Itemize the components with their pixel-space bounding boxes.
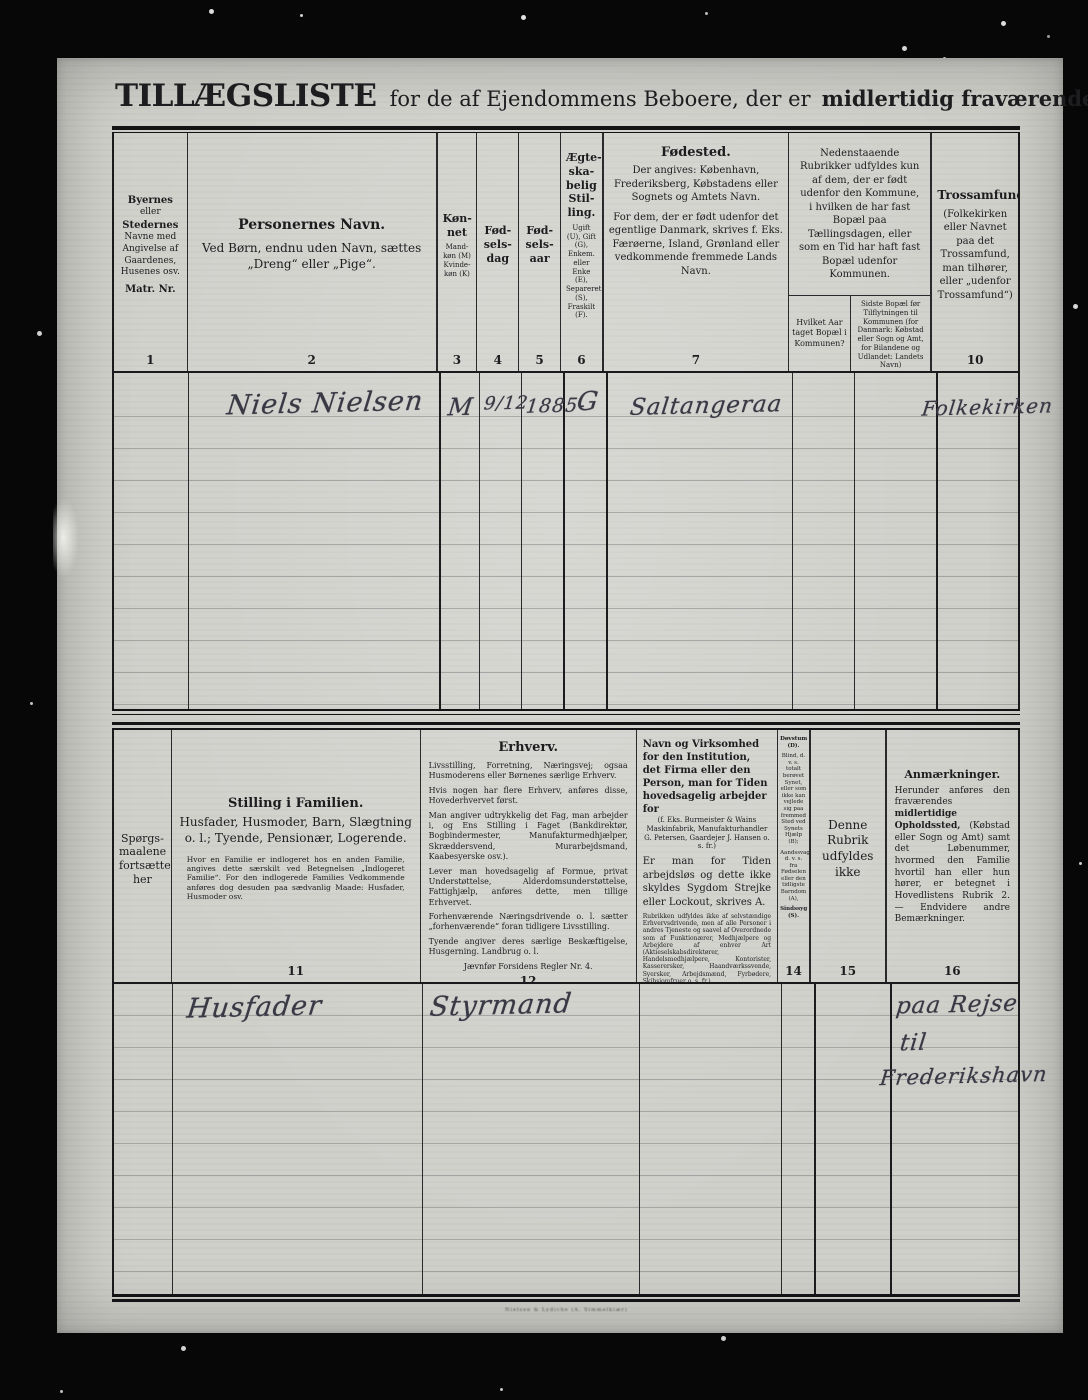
hw-religion: Folkekirken: [921, 393, 1055, 420]
col5-heading: aar: [524, 252, 555, 266]
col12-paragraph: Forhenværende Næringsdrivende o. l. sætt…: [429, 912, 628, 933]
hw-remark-line3: Frederikshavn: [879, 1062, 1049, 1090]
col14-line: Blind, d. v. s. totalt berøvet Synet, el…: [780, 753, 807, 845]
col4-heading: Fød-: [482, 224, 513, 238]
hw-remark-line2: til: [898, 1030, 928, 1057]
col7-paragraph: For dem, der er født udenfor det egentli…: [609, 211, 783, 279]
hw-birthplace: Saltangeraa: [629, 391, 784, 421]
col5-heading: sels-: [524, 238, 555, 252]
hw-family-position: Husfader: [185, 990, 324, 1024]
t1-col-religion: Trossamfund (Folkekirken eller Navnet pa…: [932, 133, 1018, 371]
hw-marital-status: G: [575, 387, 600, 418]
col-number: 1: [114, 351, 187, 371]
col-number: 9: [854, 370, 927, 371]
table2-bottom-rule2: [112, 1299, 1020, 1302]
col16-text-b: midlertidige Opholdssted,: [895, 809, 961, 831]
t2-col-not-filled: Denne Rubrik udfyldes ikke 15: [811, 730, 887, 982]
grid-line: [188, 373, 189, 709]
grid-line: [936, 373, 938, 709]
t2-col-employer: Navn og Virksomhed for den Institution, …: [637, 730, 778, 982]
printer-imprint: Nielsen & Lydiche (A. Simmelkiær): [505, 1307, 628, 1313]
col15-text: Denne Rubrik udfyldes ikke: [816, 818, 880, 880]
col1-line: eller: [119, 207, 182, 219]
grid-line: [814, 984, 816, 1294]
col13-fine-print: Rubrikken udfyldes ikke af selvstændige …: [643, 913, 771, 982]
col13-small: (f. Eks. Burmeister & Wains Maskinfabrik…: [643, 816, 771, 851]
page-title: TILLÆGSLISTE for de af Ejendommens Beboe…: [115, 78, 1020, 114]
t2-col-remarks: Anmærkninger. Herunder anføres den fravæ…: [887, 730, 1018, 982]
t1-col-year-moved: Hvilket Aar taget Bopæl i Kommunen? 8: [789, 296, 850, 371]
col1-line: Husenes osv.: [119, 267, 182, 279]
col16-heading: Anmærkninger.: [895, 768, 1010, 782]
col-number: 6: [561, 351, 602, 371]
t1-colgroup-residence: Nedenstaaende Rubrikker udfyldes kun af …: [789, 133, 932, 371]
t2-col-disabilities: Døvstum (D). Blind, d. v. s. totalt berø…: [778, 730, 811, 982]
col6-heading: Stil-: [566, 192, 597, 206]
t1-col-marital: Ægte- ska- belig Stil- ling. Ugift (U), …: [561, 133, 604, 371]
hw-sex: M: [446, 393, 475, 422]
col-number: 14: [778, 962, 809, 982]
t1-col-birthday: Fød- sels- dag 4: [477, 133, 519, 371]
table1-header: Byernes eller Stedernes Navne med Angive…: [112, 133, 1020, 373]
col1-line: Navne med: [119, 232, 182, 244]
col8-sub: Hvilket Aar taget Bopæl i Kommunen?: [792, 318, 847, 349]
col12-paragraph: Livsstilling, Forretning, Næringsvej; og…: [429, 761, 628, 782]
col4-heading: sels-: [482, 238, 513, 252]
col-number: 2: [188, 351, 436, 371]
grid-line: [521, 373, 522, 709]
col11-heading: Stilling i Familien.: [177, 796, 415, 811]
grid-line: [854, 373, 855, 709]
hw-person-name: Niels Nielsen: [225, 386, 425, 422]
col1-line: Angivelse af: [119, 244, 182, 256]
t1-col-matrnr: Byernes eller Stedernes Navne med Angive…: [114, 133, 188, 371]
col1-line: Stedernes: [119, 219, 182, 233]
col4-heading: dag: [482, 252, 513, 266]
grid-line: [639, 984, 640, 1294]
col-number: 5: [519, 351, 560, 371]
col6-sub: Ugift (U), Gift (G), Enkem. eller Enke (…: [566, 224, 597, 320]
col10-heading: Trossamfund: [937, 188, 1013, 204]
col-number: 4: [477, 351, 518, 371]
col1-line: Byernes: [119, 194, 182, 208]
col6-heading: ska-: [566, 165, 597, 179]
title-mid: for de af Ejendommens Beboere, der er: [390, 87, 811, 111]
col16-paragraph: Herunder anføres den fraværendes midlert…: [895, 786, 1010, 926]
continuation-line: fortsættes: [119, 859, 166, 873]
t1-col-sex: Køn- net Mand- køn (M) Kvinde- køn (K) 3: [438, 133, 478, 371]
title-end: midlertidig fraværende.: [822, 86, 1088, 111]
col7-paragraph: Der angives: København, Frederiksberg, K…: [609, 164, 783, 205]
t1-col-birthplace: Fødested. Der angives: København, Freder…: [604, 133, 789, 371]
col3-heading: Køn-: [443, 212, 472, 226]
col3-sub: Mand- køn (M) Kvinde- køn (K): [443, 243, 472, 278]
continuation-line: Spørgs-: [119, 832, 166, 846]
table2-body: Husfader Styrmand paa Rejse til Frederik…: [112, 984, 1020, 1294]
t2-col-occupation: Erhverv. Livsstilling, Forretning, Nærin…: [421, 730, 637, 982]
grid-line: [563, 373, 565, 709]
col12-paragraph: Jævnfør Forsidens Regler Nr. 4.: [429, 962, 628, 972]
photo-background: TILLÆGSLISTE for de af Ejendommens Beboe…: [0, 0, 1088, 1400]
table2-header: Spørgs- maalene fortsættes her Stilling …: [112, 730, 1020, 984]
t2-col-family-position: Stilling i Familien. Husfader, Husmoder,…: [172, 730, 421, 982]
hw-occupation: Styrmand: [428, 988, 573, 1023]
t2-col-continuation-label: Spørgs- maalene fortsættes her: [114, 730, 172, 982]
col5-heading: Fød-: [524, 224, 555, 238]
col13-lead: Navn og Virksomhed for den Institution, …: [643, 738, 771, 816]
col2-sub: Ved Børn, endnu uden Navn, sættes „Dreng…: [193, 241, 431, 272]
hw-remark-line1: paa Rejse: [895, 990, 1020, 1019]
col12-paragraph: Man angiver udtrykkelig det Fag, man arb…: [429, 811, 628, 863]
col16-text-a: Herunder anføres den fraværendes: [895, 786, 1010, 808]
grid-line: [890, 984, 892, 1294]
title-main: TILLÆGSLISTE: [115, 78, 376, 114]
col10-sub: (Folkekirken eller Navnet paa det Trossa…: [937, 208, 1013, 303]
grid-line: [172, 984, 173, 1294]
col1-line: Matr. Nr.: [119, 283, 182, 297]
col11-sub: Husfader, Husmoder, Barn, Slægtning o. l…: [177, 815, 415, 846]
ruled-lines: [114, 373, 1018, 709]
continuation-line: her: [119, 873, 166, 887]
continuation-line: maalene: [119, 845, 166, 859]
col-number: 12: [421, 972, 636, 982]
t1-col-name: Personernes Navn. Ved Børn, endnu uden N…: [188, 133, 438, 371]
dust-specks: [0, 0, 3, 3]
col14-line: Aandssvag, d. v. s. fra Fødselen eller d…: [780, 850, 807, 903]
t1-col-birthyear: Fød- sels- aar 5: [519, 133, 561, 371]
grid-line: [792, 373, 793, 709]
col1-line: Gaardenes,: [119, 256, 182, 268]
col14-line: Døvstum (D).: [780, 736, 807, 749]
col12-paragraph: Lever man hovedsagelig af Formue, privat…: [429, 867, 628, 909]
col-number: 16: [887, 962, 1018, 982]
t1-col-last-residence: Sidste Bopæl før Tilflytningen til Kommu…: [850, 296, 930, 371]
col3-heading: net: [443, 226, 472, 240]
grid-line: [479, 373, 480, 709]
ruled-lines: [114, 984, 1018, 1294]
col11-fine-print: Hvor en Familie er indlogeret hos en and…: [177, 855, 415, 902]
col16-text-c: (Købstad eller Sogn og Amt) samt det Løb…: [895, 821, 1010, 925]
grid-line: [606, 373, 608, 709]
census-form-page: TILLÆGSLISTE for de af Ejendommens Beboe…: [57, 58, 1063, 1333]
col9-sub: Sidste Bopæl før Tilflytningen til Kommu…: [854, 300, 927, 370]
col12-heading: Erhverv.: [429, 740, 628, 755]
colgroup-8-9-text: Nedenstaaende Rubrikker udfyldes kun af …: [799, 147, 920, 282]
col-number: 8: [792, 370, 847, 371]
hw-birthday: 9/12: [483, 392, 530, 414]
table-absent-persons: Byernes eller Stedernes Navne med Angive…: [112, 126, 1020, 715]
table1-body: Niels Nielsen M 9/12 1885- G Saltangeraa…: [112, 373, 1020, 709]
col-number: 7: [604, 351, 788, 371]
col6-heading: belig: [566, 179, 597, 193]
col-number: 3: [438, 351, 477, 371]
col7-heading: Fødested.: [609, 145, 783, 160]
col-number: 15: [811, 962, 885, 982]
col13-paragraph: Er man for Tiden arbejdsløs og dette ikk…: [643, 855, 771, 909]
col-number: 11: [172, 962, 420, 982]
paper-edge-blob: [53, 498, 79, 578]
col-number: 10: [932, 351, 1018, 371]
col12-paragraph: Tyende angiver deres særlige Beskæftigel…: [429, 937, 628, 958]
col12-paragraph: Hvis nogen har flere Erhverv, anføres di…: [429, 786, 628, 807]
col6-heading: Ægte-: [566, 151, 597, 165]
grid-line: [422, 984, 423, 1294]
grid-line: [781, 984, 782, 1294]
col2-heading: Personernes Navn.: [193, 217, 431, 233]
table-absent-persons-continued: Spørgs- maalene fortsættes her Stilling …: [112, 722, 1020, 1302]
table1-bottom-rule-thin: [112, 714, 1020, 715]
grid-line: [439, 373, 441, 709]
col6-heading: ling.: [566, 206, 597, 220]
col14-line: Sindssyg (S).: [780, 906, 807, 919]
